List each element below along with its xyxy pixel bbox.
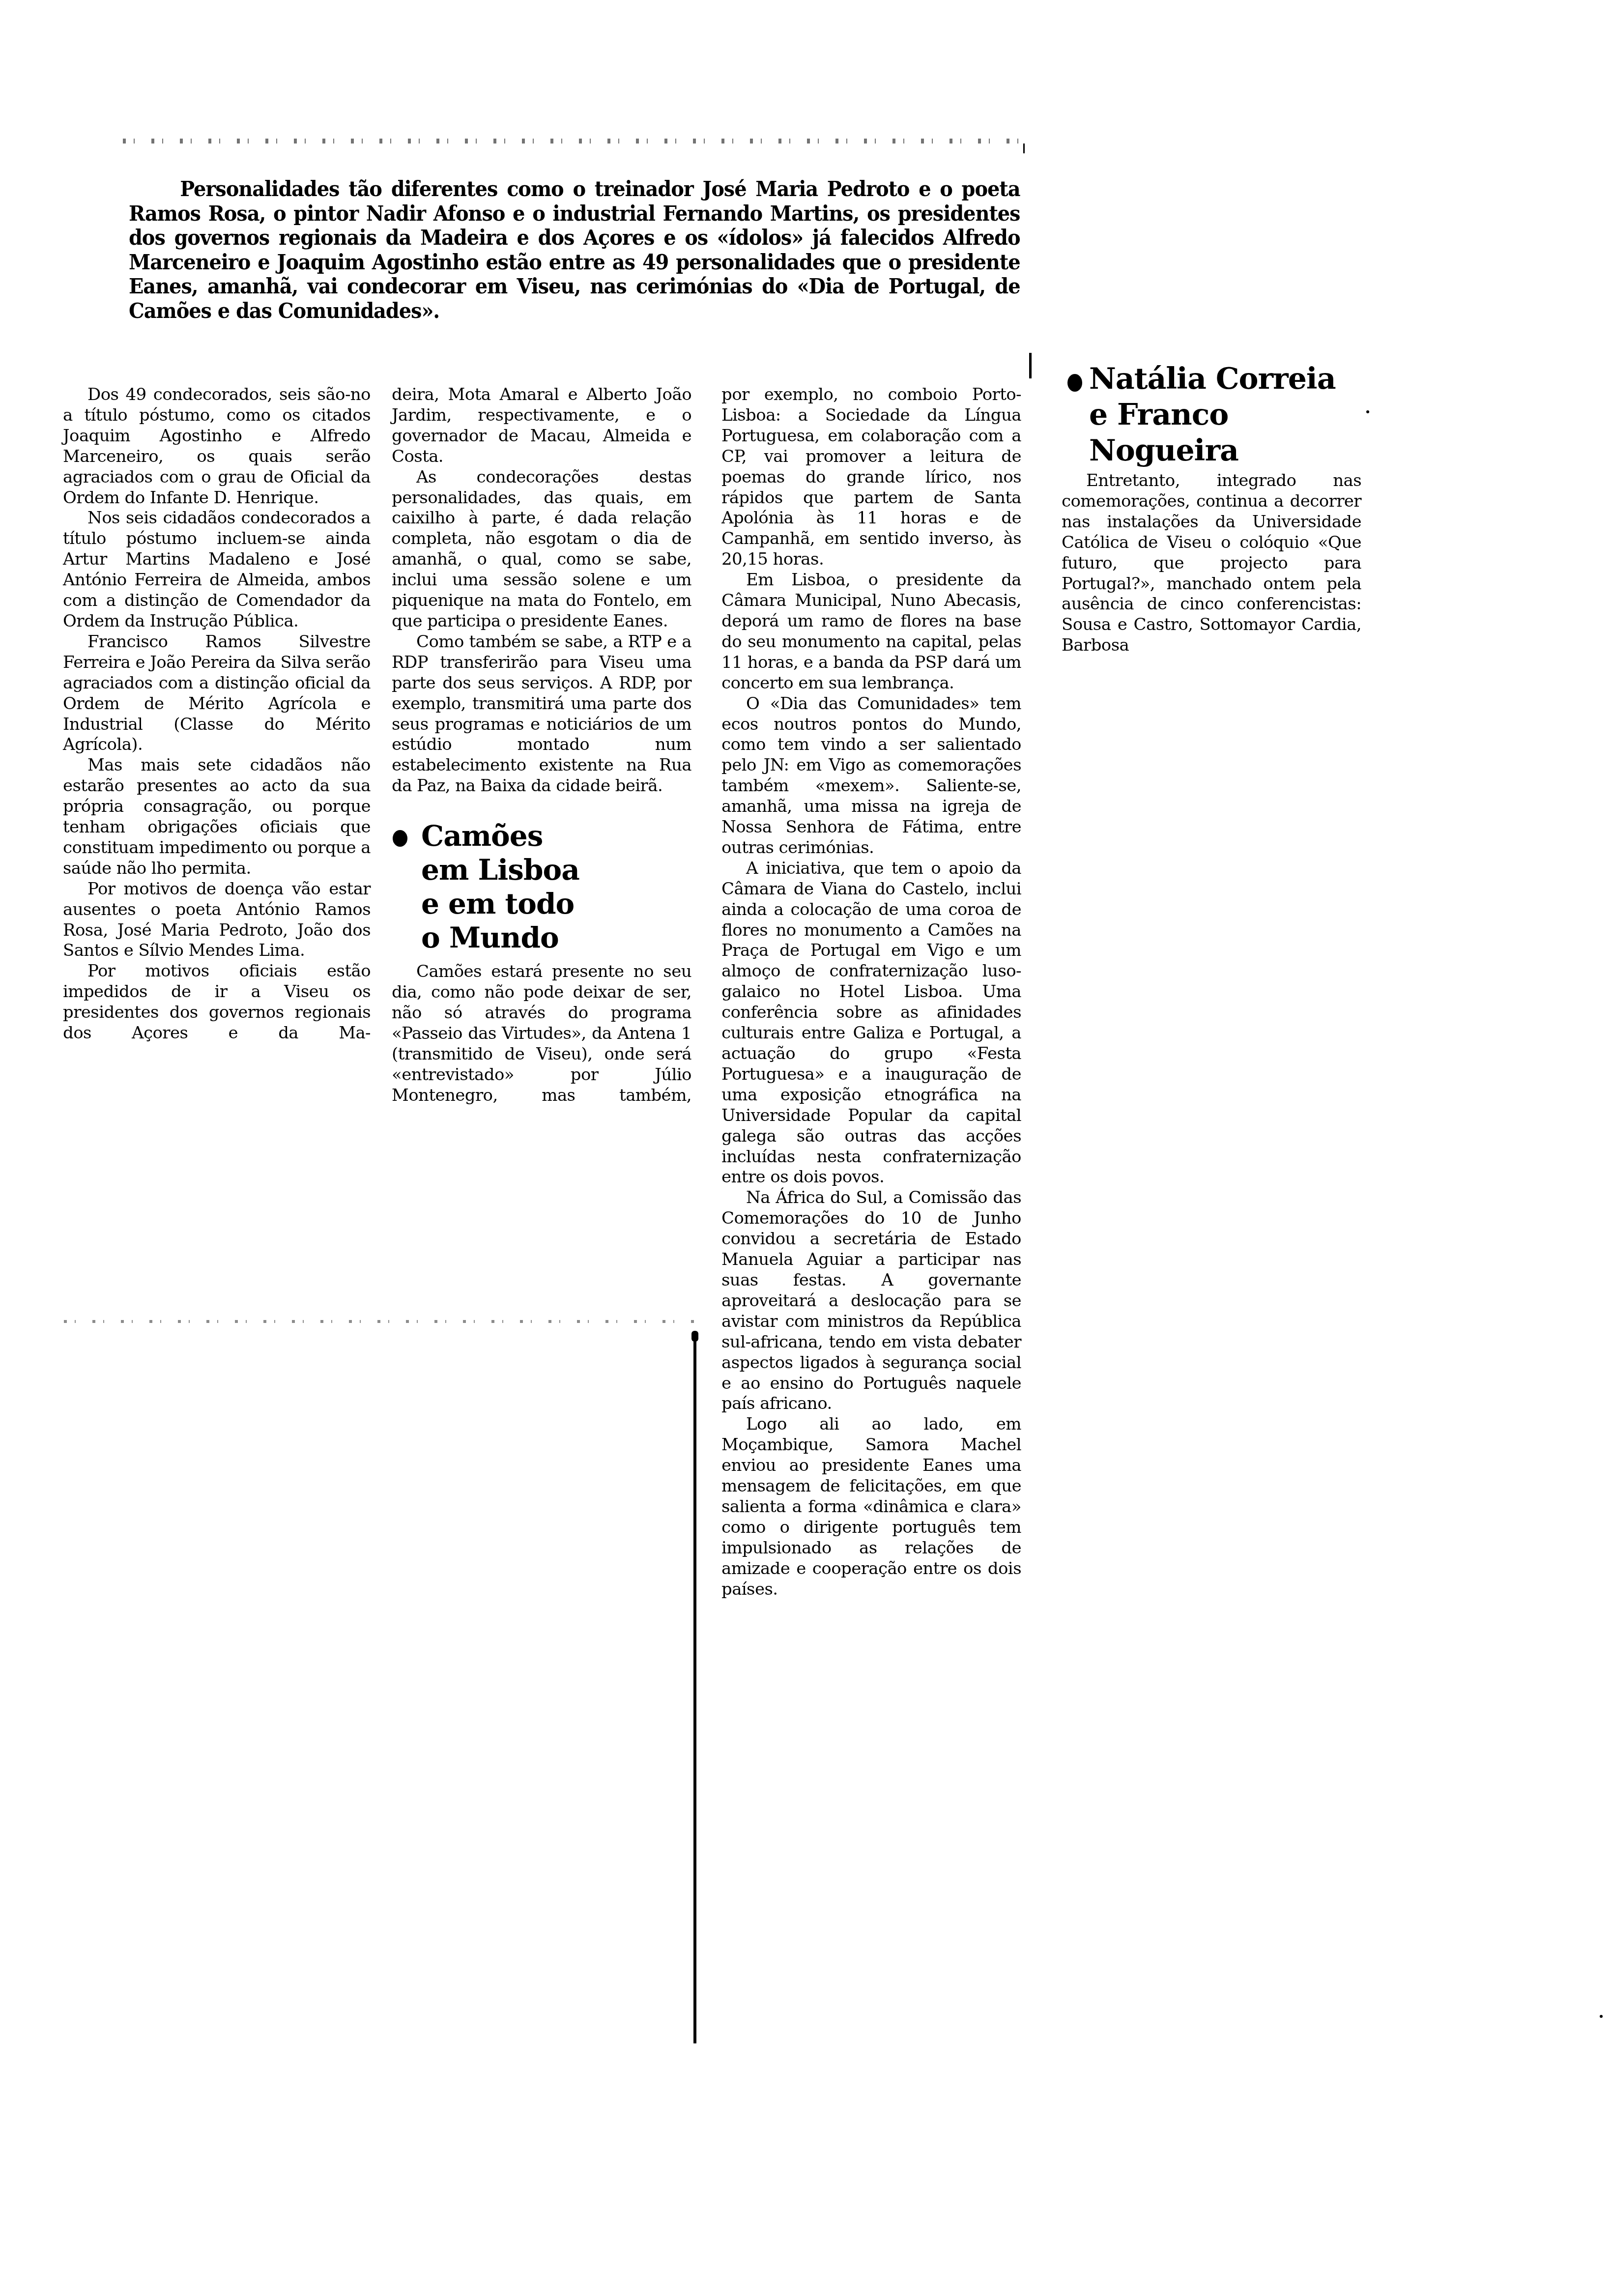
paragraph: O «Dia das Comunidades» tem ecos noutros… xyxy=(721,694,1021,859)
column-2: deira, Mota Amaral e Alberto João Jardim… xyxy=(392,385,691,1106)
subhead-line: Natália Correia xyxy=(1089,362,1336,396)
scan-noise-top-rule xyxy=(123,139,1022,143)
paragraph: As condecorações destas personalidades, … xyxy=(392,467,691,632)
paragraph: Entretanto, integrado nas comemorações, … xyxy=(1062,471,1361,656)
paragraph: deira, Mota Amaral e Alberto João Jardim… xyxy=(392,385,691,467)
subhead-line: Nogueira xyxy=(1089,433,1238,468)
bullet-icon xyxy=(393,830,407,847)
subhead-line: e em todo xyxy=(421,887,574,920)
column-separator-mark xyxy=(1029,353,1032,378)
subhead-line: e Franco xyxy=(1089,398,1228,432)
subhead-line: em Lisboa xyxy=(421,853,579,887)
scan-mark xyxy=(1023,143,1025,153)
column-4: Entretanto, integrado nas comemorações, … xyxy=(1062,471,1361,656)
newspaper-clipping: Personalidades tão diferentes como o tre… xyxy=(0,0,1612,2296)
paragraph: Nos seis cidadãos condecorados a título … xyxy=(63,508,371,631)
scan-noise-bottom-rule xyxy=(64,1320,698,1323)
paragraph: Camões estará presente no seu dia, como … xyxy=(392,962,691,1106)
scan-speck xyxy=(1366,410,1369,413)
paragraph: Por motivos de doença vão estar ausentes… xyxy=(63,879,371,962)
paragraph: Francisco Ramos Silvestre Ferreira e Joã… xyxy=(63,632,371,755)
subhead-line: o Mundo xyxy=(421,921,559,954)
paragraph: Dos 49 condecorados, seis são-no a títul… xyxy=(63,385,371,508)
column-3: por exemplo, no comboio Porto-Lisboa: a … xyxy=(721,385,1021,1600)
subhead-natalia-correia: Natália Correia e Franco Nogueira xyxy=(1067,361,1372,469)
column-rule xyxy=(693,1335,696,2043)
paragraph: Mas mais sete cidadãos não estarão prese… xyxy=(63,755,371,879)
subhead-line: Camões xyxy=(421,819,543,853)
subhead-heading: Natália Correia e Franco Nogueira xyxy=(1067,361,1372,469)
bullet-icon xyxy=(1067,374,1082,392)
paragraph: Como também se sabe, a RTP e a RDP trans… xyxy=(392,632,691,797)
article-lead: Personalidades tão diferentes como o tre… xyxy=(129,177,1020,323)
subhead-heading: Camões em Lisboa e em todo o Mundo xyxy=(392,819,691,955)
paragraph: A iniciativa, que tem o apoio da Câmara … xyxy=(721,859,1021,1188)
scan-speck xyxy=(1600,2015,1603,2018)
paragraph: Logo ali ao lado, em Moçambique, Samora … xyxy=(721,1414,1021,1600)
paragraph: Em Lisboa, o presidente da Câmara Munici… xyxy=(721,570,1021,693)
column-1: Dos 49 condecorados, seis são-no a títul… xyxy=(63,385,371,1044)
paragraph: Na África do Sul, a Comissão das Comemor… xyxy=(721,1188,1021,1414)
paragraph: Por motivos oficiais estão impedidos de … xyxy=(63,961,371,1044)
subhead-camoes: Camões em Lisboa e em todo o Mundo xyxy=(392,819,691,955)
paragraph: por exemplo, no comboio Porto-Lisboa: a … xyxy=(721,385,1021,570)
